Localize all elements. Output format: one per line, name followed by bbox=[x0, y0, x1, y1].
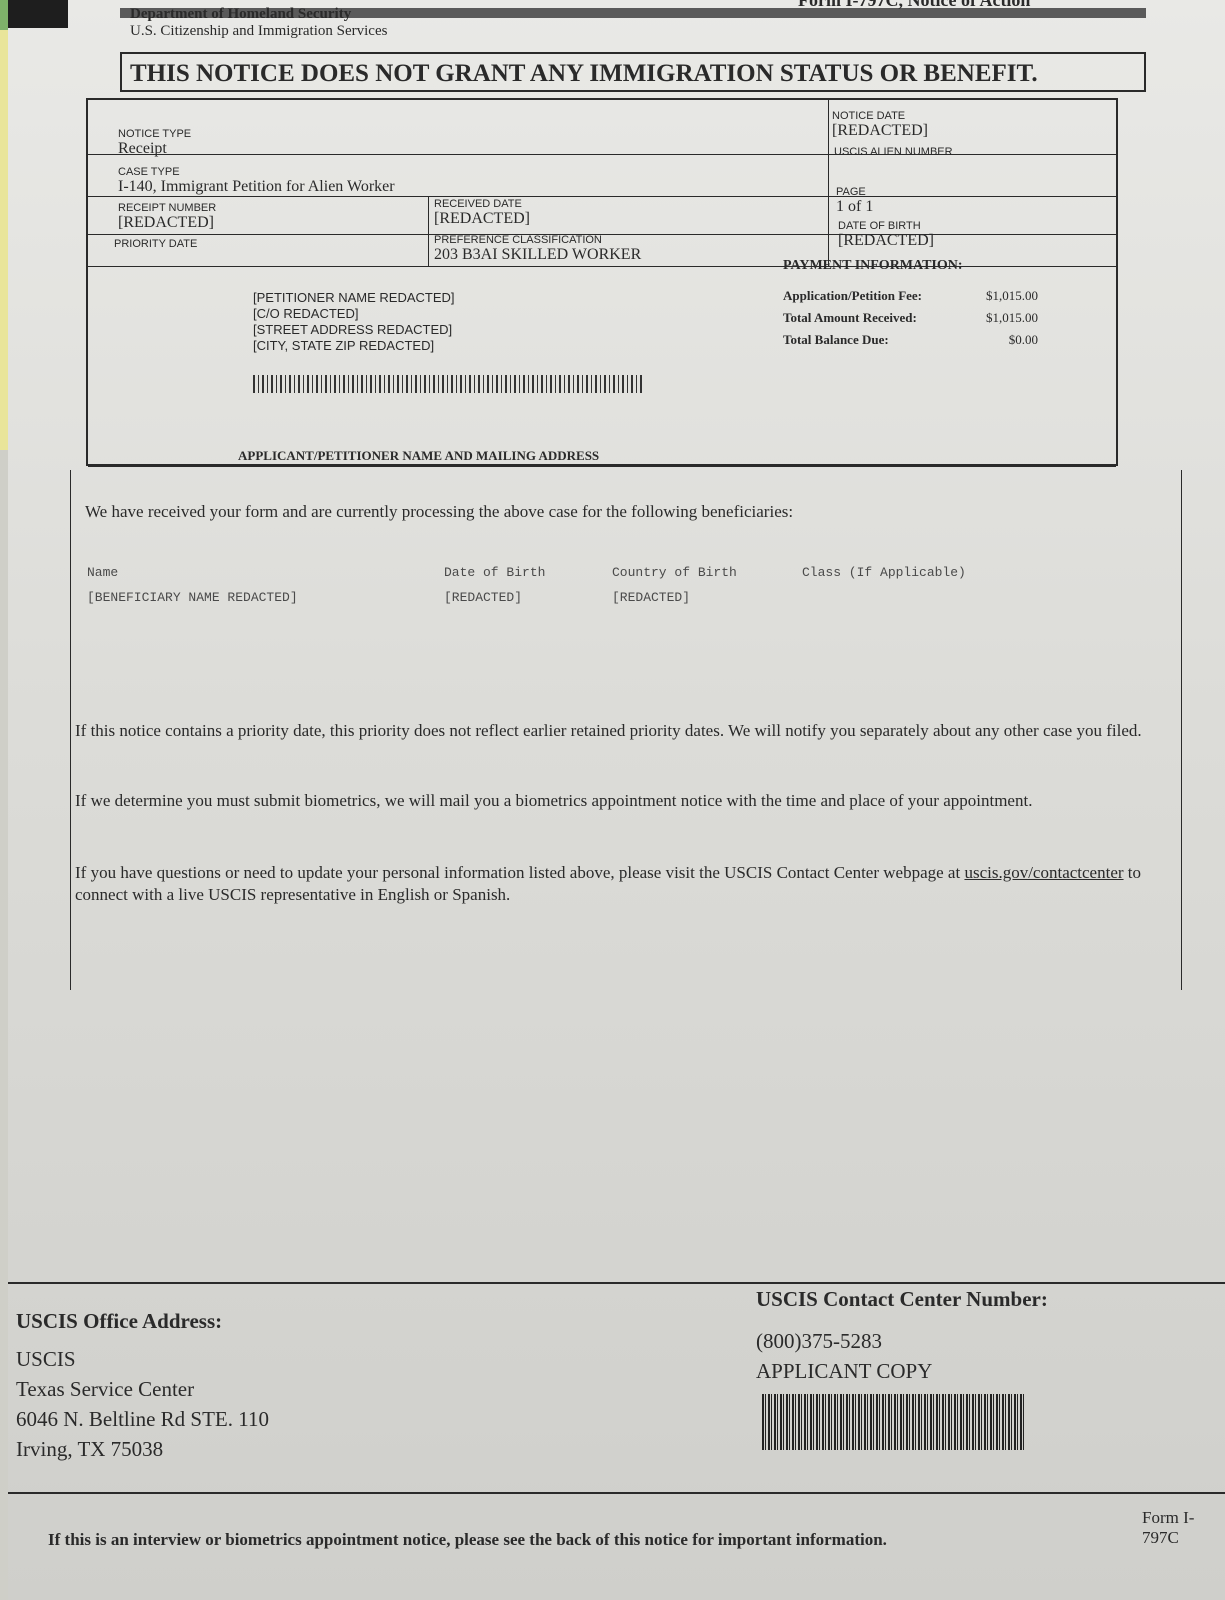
biometrics-paragraph: If we determine you must submit biometri… bbox=[75, 790, 1165, 812]
payment-row: Total Balance Due:$0.00 bbox=[783, 332, 1038, 348]
alien-number-field: USCIS Alien Number bbox=[834, 146, 953, 158]
date-of-birth-field: Date of Birth [REDACTED] bbox=[838, 220, 934, 250]
agency-name: U.S. Citizenship and Immigration Service… bbox=[130, 23, 387, 40]
notice-body: We have received your form and are curre… bbox=[70, 470, 1182, 990]
postal-barcode bbox=[253, 375, 643, 393]
notice-document: Form I-797C, Notice of Action Department… bbox=[8, 0, 1225, 1600]
contact-paragraph: If you have questions or need to update … bbox=[75, 862, 1165, 906]
receipt-number-field: Receipt Number [REDACTED] bbox=[118, 202, 216, 232]
contact-center: USCIS Contact Center Number: (800)375-52… bbox=[756, 1284, 1048, 1386]
mailing-address: [PETITIONER NAME REDACTED] [C/O REDACTED… bbox=[253, 290, 455, 354]
page-field: Page 1 of 1 bbox=[836, 186, 873, 216]
beneficiary-table: Name Date of Birth Country of Birth Clas… bbox=[87, 565, 1002, 615]
footer-form-number: Form I-797C bbox=[1142, 1508, 1225, 1548]
contact-phone: (800)375-5283 bbox=[756, 1326, 1048, 1356]
case-type-field: Case Type I-140, Immigrant Petition for … bbox=[118, 166, 395, 196]
mailing-address-label: APPLICANT/PETITIONER NAME AND MAILING AD… bbox=[238, 448, 599, 464]
priority-date-paragraph: If this notice contains a priority date,… bbox=[75, 720, 1165, 742]
folder-tab bbox=[8, 0, 68, 28]
copy-label: APPLICANT COPY bbox=[756, 1356, 1048, 1386]
beneficiary-row: [BENEFICIARY NAME REDACTED] [REDACTED] [… bbox=[87, 590, 1002, 605]
priority-date-field: Priority Date bbox=[114, 238, 197, 250]
department-name: Department of Homeland Security bbox=[130, 6, 387, 23]
footer-note: If this is an interview or biometrics ap… bbox=[48, 1530, 887, 1550]
received-date-field: Received Date [REDACTED] bbox=[434, 198, 530, 228]
notice-date-field: Notice Date [REDACTED] bbox=[832, 110, 928, 140]
office-address: USCIS Office Address: USCIS Texas Servic… bbox=[16, 1306, 269, 1464]
intro-text: We have received your form and are curre… bbox=[85, 502, 793, 522]
preference-classification-field: Preference Classification 203 B3AI SKILL… bbox=[434, 234, 641, 264]
beneficiary-header-row: Name Date of Birth Country of Birth Clas… bbox=[87, 565, 1002, 580]
footer-divider bbox=[8, 1492, 1225, 1494]
status-banner: THIS NOTICE DOES NOT GRANT ANY IMMIGRATI… bbox=[120, 52, 1146, 92]
payment-information: PAYMENT INFORMATION: Application/Petitio… bbox=[783, 258, 1038, 354]
form-number: Form I-797C, Notice of Action bbox=[798, 0, 1030, 11]
payment-row: Application/Petition Fee:$1,015.00 bbox=[783, 288, 1038, 304]
payment-row: Total Amount Received:$1,015.00 bbox=[783, 310, 1038, 326]
agency-header: Department of Homeland Security U.S. Cit… bbox=[130, 6, 387, 40]
case-info-grid: Notice Type Receipt Case Type I-140, Imm… bbox=[86, 98, 1118, 466]
document-barcode bbox=[762, 1394, 1024, 1450]
notice-type-field: Notice Type Receipt bbox=[118, 128, 191, 158]
contact-center-link[interactable]: uscis.gov/contactcenter bbox=[964, 863, 1123, 882]
